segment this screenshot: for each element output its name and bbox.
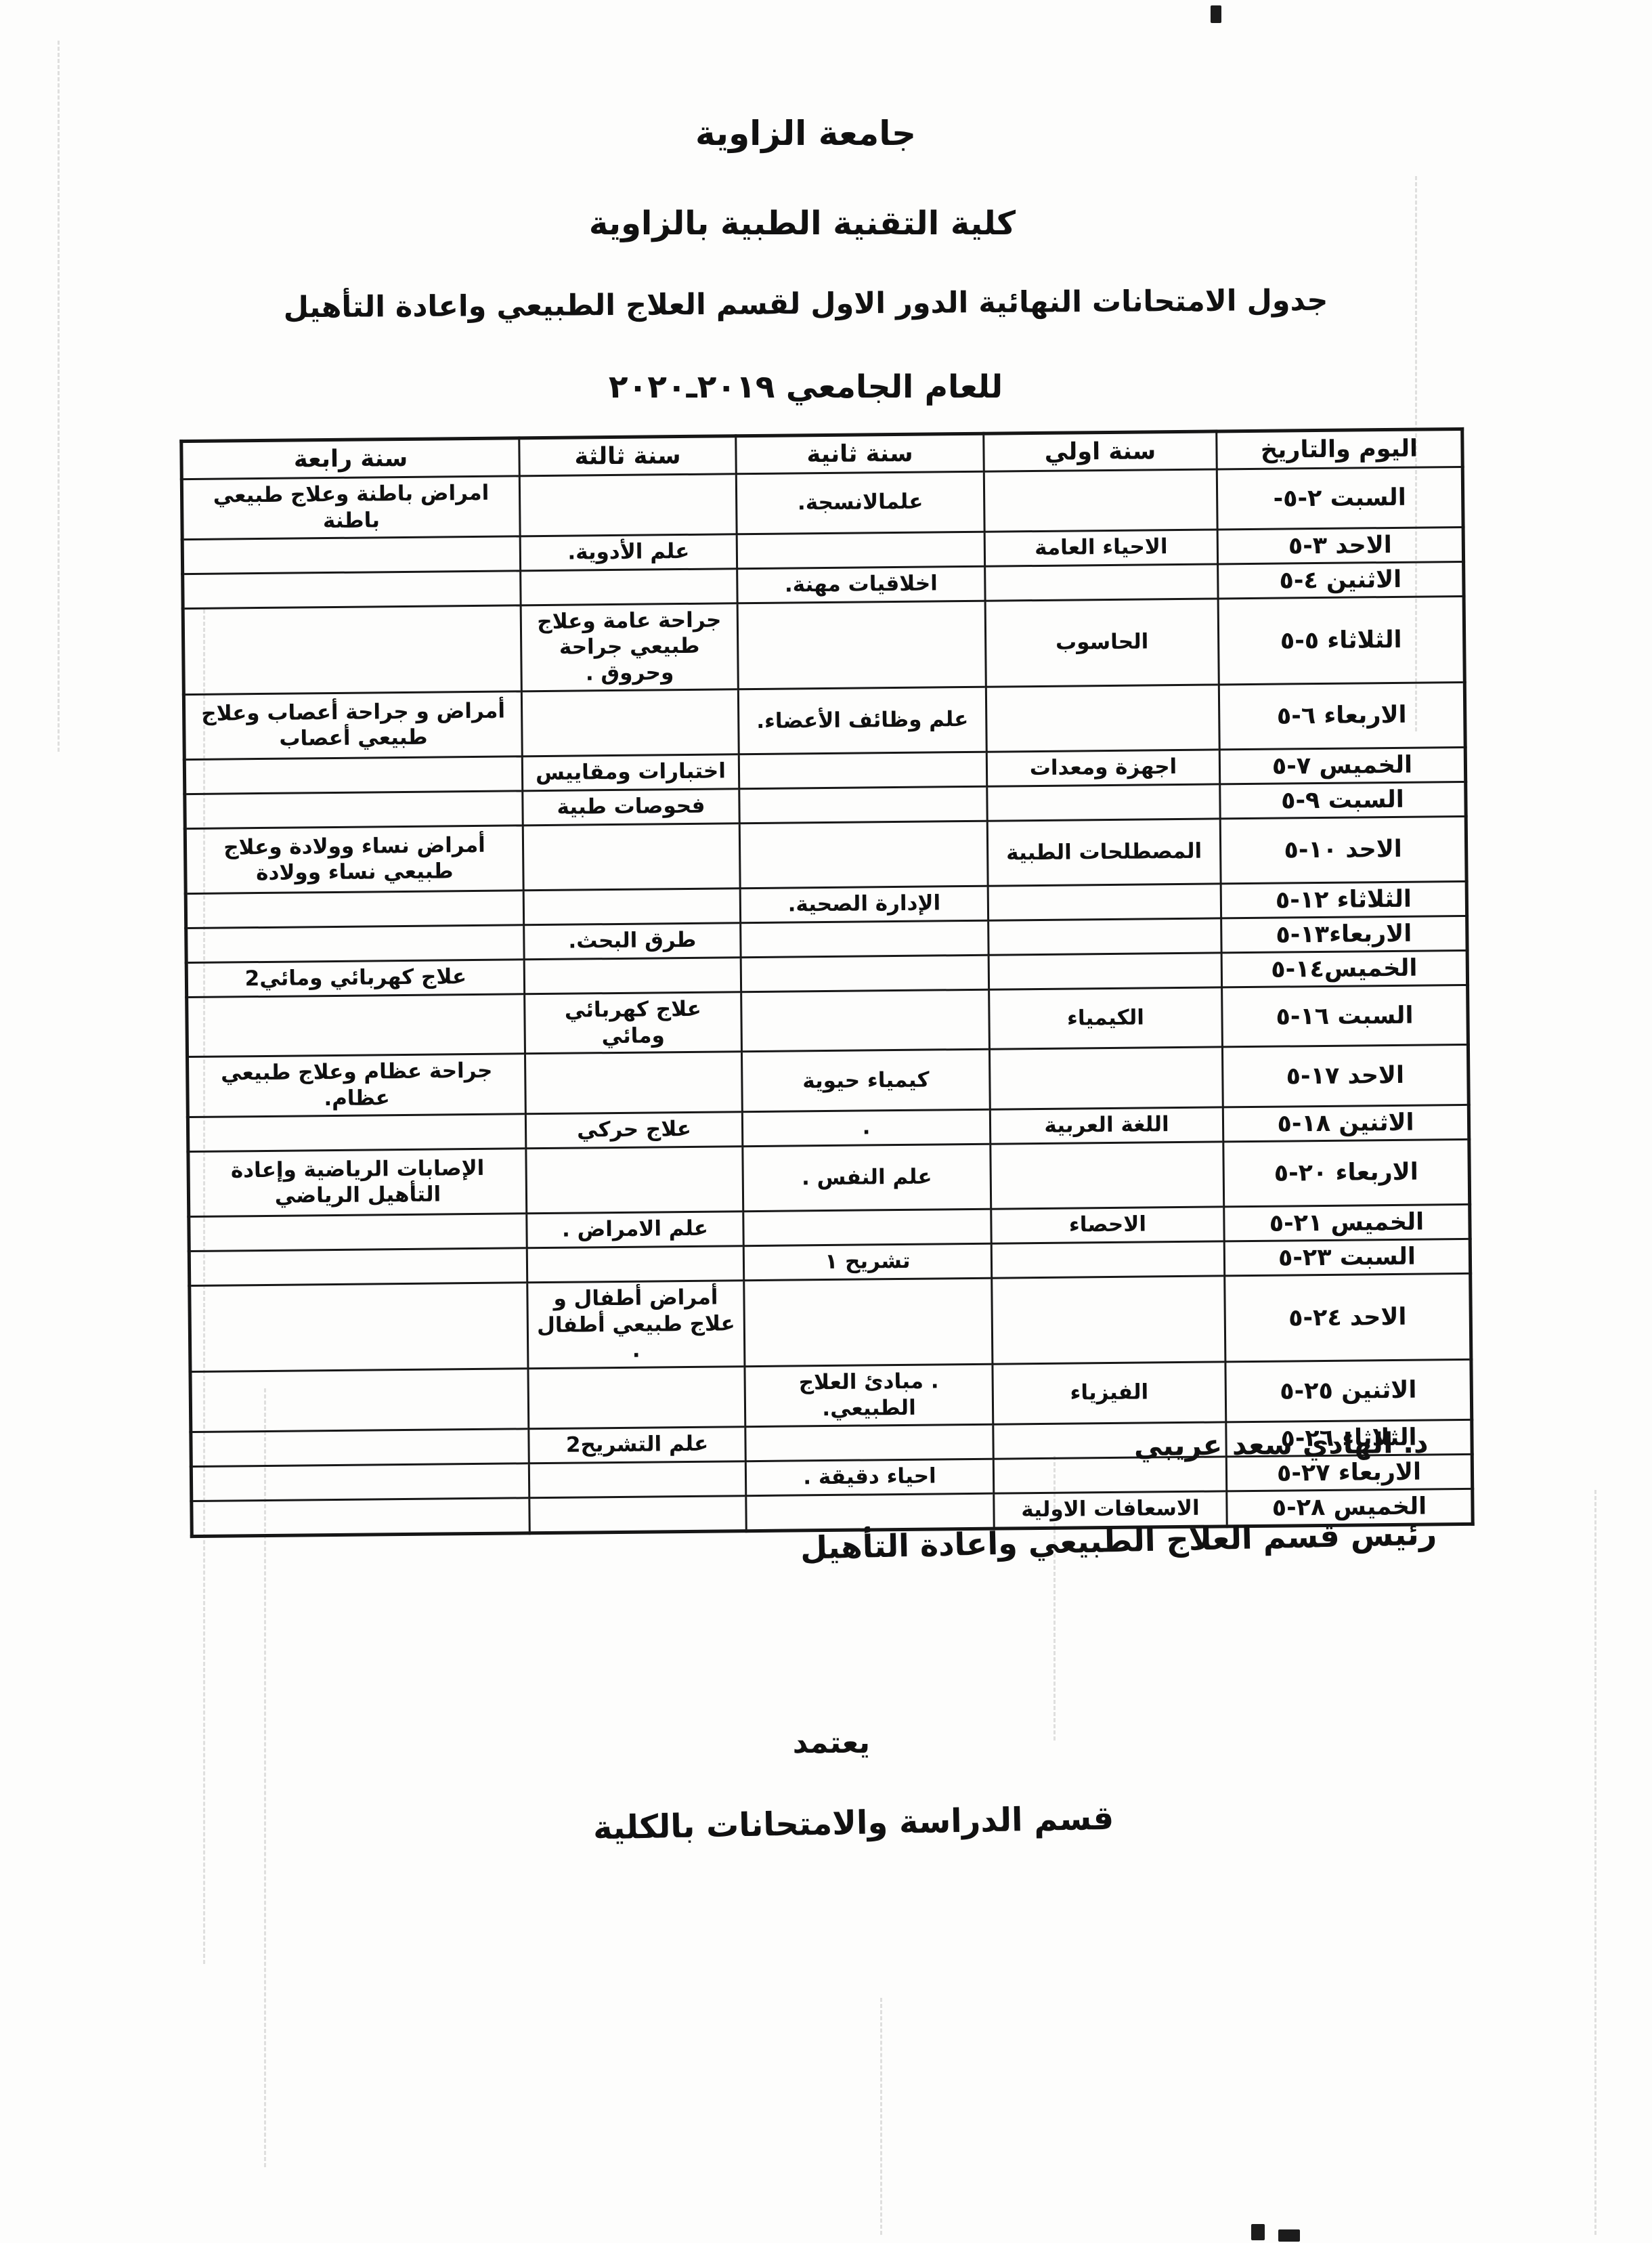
cell-y1-subject: الاحصاء <box>991 1207 1224 1243</box>
cell-y4-subject: امراض باطنة وعلاج طبيعي باطنة <box>181 476 520 539</box>
cell-y1-subject: المصطلحات الطبية <box>987 819 1221 886</box>
cell-y3-subject <box>521 568 737 605</box>
cell-day-date: الاحد ٣-٥ <box>1217 527 1463 563</box>
cell-y2-subject <box>739 821 988 889</box>
cell-day-date: السبت ١٦-٥ <box>1222 985 1469 1047</box>
scan-artifact <box>264 1388 266 2167</box>
scan-artifact <box>1053 1456 1056 1740</box>
cell-y3-subject: علم التشريح2 <box>529 1426 745 1463</box>
cell-y3-subject: علاج كهربائي ومائي <box>525 991 742 1054</box>
cell-day-date: السبت ٢-٥- <box>1217 467 1463 529</box>
cell-y4-subject: أمراض و جراحة أعصاب وعلاج طبيعي أعصاب <box>183 691 522 760</box>
cell-y3-subject: طرق البحث. <box>524 922 741 959</box>
cell-y4-subject <box>191 1428 529 1466</box>
cell-y3-subject: أمراض أطفال و علاج طبيعي أطفال . <box>527 1280 745 1368</box>
cell-y4-subject: علاج كهربائي ومائي2 <box>186 960 524 998</box>
cell-y2-subject: علمالانسجة. <box>736 471 984 534</box>
cell-y2-subject: اخلاقيات مهنة. <box>737 566 985 603</box>
cell-y4-subject <box>191 1463 529 1501</box>
cell-y4-subject <box>189 1214 527 1252</box>
cell-y4-subject <box>185 791 523 829</box>
cell-y3-subject: علم الأدوية. <box>520 534 737 570</box>
cell-y3-subject: علم الامراض . <box>527 1211 743 1247</box>
cell-y1-subject <box>986 685 1219 752</box>
college-name: كلية التقنية الطبية بالزاوية <box>589 205 1016 242</box>
cell-y3-subject <box>529 1461 745 1497</box>
cell-y2-subject: كيمياء حيوية <box>741 1049 990 1111</box>
cell-y1-subject <box>988 953 1221 989</box>
cell-day-date: الاثنين ٢٥-٥ <box>1225 1359 1472 1422</box>
cell-y4-subject: الإصابات الرياضية وإعادة التأهيل الرياضي <box>188 1149 527 1217</box>
cell-day-date: الاربعاء ٦-٥ <box>1219 682 1465 749</box>
cell-y4-subject <box>190 1283 528 1372</box>
header-year-2: سنة ثانية <box>736 433 984 474</box>
cell-y3-subject <box>523 888 740 924</box>
cell-y2-subject <box>741 955 988 992</box>
cell-day-date: الاثنين ١٨-٥ <box>1223 1105 1469 1141</box>
cell-y3-subject: علاج حركي <box>525 1111 742 1148</box>
cell-y3-subject <box>524 957 741 994</box>
cell-y2-subject: تشريح ١ <box>743 1243 991 1281</box>
header-year-1: سنة اولي <box>984 431 1217 471</box>
cell-y1-subject <box>985 563 1218 600</box>
cell-y2-subject <box>739 752 986 789</box>
cell-y1-subject <box>989 1047 1223 1109</box>
scan-artifact <box>1594 1490 1596 2235</box>
table-row: الاربعاء ٦-٥علم وظائف الأعضاء.أمراض و جر… <box>183 682 1465 759</box>
cell-y4-subject <box>184 756 522 794</box>
cell-y3-subject: جراحة عامة وعلاج طبيعي جراحة وحروق . <box>521 603 738 691</box>
cell-y4-subject <box>182 536 520 574</box>
cell-y4-subject <box>187 994 525 1057</box>
cell-day-date: الثلاثاء ١٢-٥ <box>1221 881 1466 918</box>
exam-schedule-table: اليوم والتاريخ سنة اولي سنة ثانية سنة ثا… <box>179 427 1474 1538</box>
cell-y3-subject <box>529 1495 746 1533</box>
cell-y2-subject <box>739 786 987 824</box>
header-year-3: سنة ثالثة <box>519 436 737 476</box>
scan-artifact <box>203 610 205 1964</box>
table-row: الاحد ١٠-٥المصطلحات الطبيةأمراض نساء وول… <box>185 816 1466 893</box>
cell-day-date: الاثنين ٤-٥ <box>1218 561 1464 598</box>
schedule-title: جدول الامتحانات النهائية الدور الاول لقس… <box>283 284 1328 325</box>
cell-y1-subject: اجهزة ومعدات <box>986 750 1219 786</box>
cell-y2-subject <box>741 920 988 958</box>
cell-y3-subject <box>528 1367 745 1429</box>
cell-y4-subject <box>186 925 524 963</box>
cell-y2-subject: علم النفس . <box>743 1144 991 1212</box>
cell-y4-subject <box>192 1497 529 1536</box>
cell-y1-subject: الكيمياء <box>989 987 1223 1050</box>
cell-y3-subject <box>523 823 740 890</box>
cell-y1-subject <box>991 1241 1224 1278</box>
cell-y3-subject: فحوصات طبية <box>523 788 739 825</box>
cell-y1-subject <box>984 469 1217 532</box>
cell-y2-subject <box>737 601 986 689</box>
cell-day-date: الثلاثاء ٥-٥ <box>1218 596 1464 685</box>
cell-y1-subject <box>988 884 1221 920</box>
cell-y3-subject <box>519 474 737 536</box>
cell-y4-subject <box>186 891 523 928</box>
cell-y2-subject <box>744 1278 993 1367</box>
scan-artifact <box>880 1998 882 2235</box>
cell-day-date: الخميس ٧-٥ <box>1219 747 1465 784</box>
cell-y3-subject: اختبارات ومقاييس <box>522 754 739 790</box>
cell-y2-subject <box>746 1493 994 1531</box>
table-row: الاحد ٢٤-٥أمراض أطفال و علاج طبيعي أطفال… <box>190 1273 1471 1371</box>
table-body: السبت ٢-٥-علمالانسجة.امراض باطنة وعلاج ط… <box>181 467 1473 1536</box>
cell-y4-subject: أمراض نساء وولادة وعلاج طبيعي نساء وولاد… <box>185 826 523 894</box>
cell-y4-subject <box>188 1114 525 1152</box>
cell-day-date: الاربعاء ٢٠-٥ <box>1223 1139 1470 1206</box>
cell-y1-subject: الفيزياء <box>993 1362 1226 1424</box>
scan-artifact <box>1278 2229 1300 2242</box>
cell-y4-subject <box>190 1369 529 1432</box>
cell-day-date: الاحد ٢٤-٥ <box>1225 1273 1471 1362</box>
university-name: جامعة الزاوية <box>695 114 916 153</box>
cell-y1-subject <box>988 918 1221 955</box>
cell-y4-subject <box>189 1248 527 1286</box>
cell-y2-subject <box>745 1424 993 1461</box>
cell-y4-subject: جراحة عظام وعلاج طبيعي عظام. <box>188 1054 526 1117</box>
cell-y2-subject: احياء دقيقة . <box>745 1459 993 1496</box>
cell-y2-subject <box>737 532 984 569</box>
cell-y2-subject <box>741 989 990 1052</box>
scan-artifact <box>1415 176 1417 731</box>
academic-year: للعام الجامعي ٢٠١٩ـ٢٠٢٠ <box>609 368 1003 406</box>
scan-artifact <box>58 41 60 752</box>
cell-day-date: السبت ٩-٥ <box>1220 782 1466 818</box>
scan-artifact <box>1251 2224 1265 2240</box>
cell-y1-subject <box>993 1456 1226 1493</box>
signer-name: د. الهادي سعد عريبي <box>1134 1426 1429 1463</box>
cell-day-date: الاربعاء١٣-٥ <box>1221 916 1467 952</box>
cell-y2-subject <box>743 1209 991 1246</box>
cell-day-date: السبت ٢٣-٥ <box>1224 1239 1470 1275</box>
table-row: الاربعاء ٢٠-٥علم النفس .الإصابات الرياضي… <box>188 1139 1470 1216</box>
scan-artifact <box>1211 5 1221 23</box>
cell-y3-subject <box>526 1146 743 1213</box>
approval-word: يعتمد <box>793 1726 870 1760</box>
cell-y2-subject: علم وظائف الأعضاء. <box>738 687 986 754</box>
scanned-document-page: جامعة الزاوية كلية التقنية الطبية بالزاو… <box>0 0 1652 2243</box>
table-row: الثلاثاء ٥-٥الحاسوبجراحة عامة وعلاج طبيع… <box>183 596 1464 694</box>
cell-y4-subject <box>183 570 521 608</box>
cell-y3-subject <box>527 1245 743 1282</box>
cell-y1-subject: اللغة العربية <box>990 1107 1223 1144</box>
cell-y1-subject <box>992 1276 1225 1365</box>
cell-y1-subject <box>987 784 1220 821</box>
cell-y1-subject: الحاسوب <box>985 598 1219 687</box>
header-year-4: سنة رابعة <box>181 438 520 479</box>
approval-department: قسم الدراسة والامتحانات بالكلية <box>592 1799 1114 1847</box>
cell-day-date: الاحد ١٠-٥ <box>1220 816 1466 883</box>
cell-y2-subject: . <box>742 1109 990 1147</box>
header-day-date: اليوم والتاريخ <box>1217 429 1463 469</box>
cell-day-date: الاحد ١٧-٥ <box>1222 1045 1469 1107</box>
cell-y1-subject <box>991 1142 1224 1209</box>
cell-y3-subject <box>525 1052 742 1114</box>
cell-y4-subject <box>183 605 521 694</box>
cell-y2-subject: . مبادئ العلاج الطبيعي. <box>745 1364 993 1426</box>
cell-day-date: الخميس ٢١-٥ <box>1224 1204 1470 1241</box>
cell-day-date: الخميس١٤-٥ <box>1221 950 1467 987</box>
cell-y1-subject: الاحياء العامة <box>984 529 1217 565</box>
cell-y2-subject: الإدارة الصحية. <box>740 886 988 923</box>
cell-y3-subject <box>521 689 739 756</box>
